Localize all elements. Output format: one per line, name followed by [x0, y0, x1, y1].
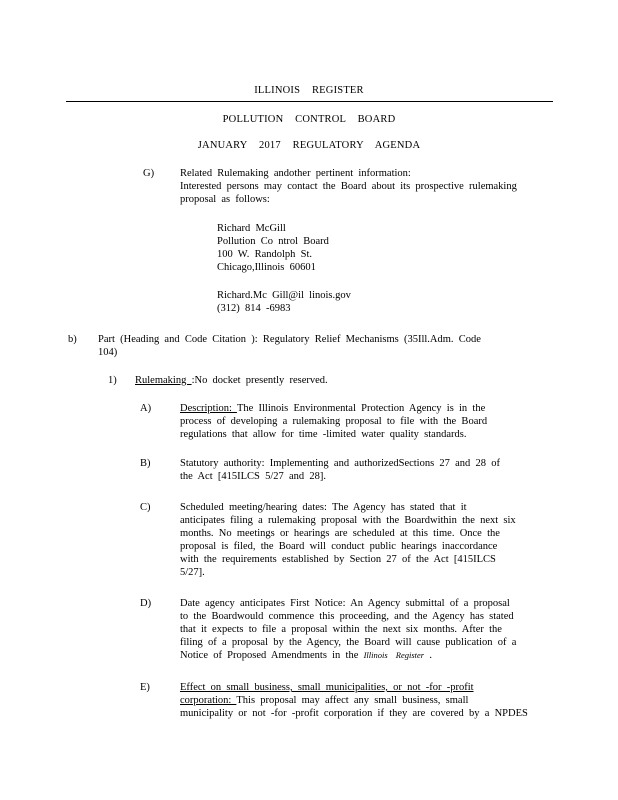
text-line: proposal as follows:: [180, 193, 537, 206]
text-line: Part (Heading and Code Citation ): Regul…: [98, 333, 550, 346]
rulemaking-text: :No docket presently reserved.: [192, 375, 328, 386]
item-a-content: Description: The Illinois Environmental …: [180, 402, 542, 441]
text-line: that it expects to file a proposal withi…: [180, 623, 542, 636]
header-rule: [66, 101, 553, 102]
text-line: Interested persons may contact the Board…: [180, 180, 537, 193]
text-line: months. No meetings or hearings are sche…: [180, 527, 542, 540]
item-b-label: b): [68, 333, 98, 346]
item-c-label: C): [140, 501, 180, 514]
text-line: proposal is filed, the Board will conduc…: [180, 540, 542, 553]
item-b: b) Part (Heading and Code Citation ): Re…: [68, 333, 618, 359]
item-b-statutory-label: B): [140, 457, 180, 470]
item-b-statutory-content: Statutory authority: Implementing and au…: [180, 457, 542, 483]
notice-text-end: .: [424, 650, 432, 661]
item-e: E) Effect on small business, small munic…: [140, 681, 618, 720]
text-line: 104): [98, 346, 550, 359]
item-b-content: Part (Heading and Code Citation ): Regul…: [98, 333, 550, 359]
item-e-label: E): [140, 681, 180, 694]
effect-heading-line1: Effect on small business, small municipa…: [180, 682, 474, 693]
contact-city: Chicago,Illinois 60601: [217, 261, 537, 274]
effect-text: This proposal may affect any small busin…: [236, 695, 468, 706]
contact-phone: (312) 814 -6983: [217, 302, 537, 315]
text-line: Description: The Illinois Environmental …: [180, 402, 542, 415]
item-g-content: Related Rulemaking andother pertinent in…: [180, 167, 537, 315]
item-g: G) Related Rulemaking andother pertinent…: [143, 167, 618, 315]
register-title: ILLINOIS REGISTER: [0, 84, 618, 97]
text-line: Related Rulemaking andother pertinent in…: [180, 167, 537, 180]
item-d: D) Date agency anticipates First Notice:…: [140, 597, 618, 662]
item-1-content: Rulemaking :No docket presently reserved…: [135, 374, 535, 387]
text-line: process of developing a rulemaking propo…: [180, 415, 542, 428]
item-e-content: Effect on small business, small municipa…: [180, 681, 542, 720]
item-a-label: A): [140, 402, 180, 415]
text-line: Rulemaking :No docket presently reserved…: [135, 374, 535, 387]
text-line: Scheduled meeting/hearing dates: The Age…: [180, 501, 542, 514]
agenda-title: JANUARY 2017 REGULATORY AGENDA: [0, 139, 618, 152]
text-line: with the requirements established by Sec…: [180, 553, 542, 566]
item-c-content: Scheduled meeting/hearing dates: The Age…: [180, 501, 542, 579]
board-title: POLLUTION CONTROL BOARD: [0, 113, 618, 126]
description-text: The Illinois Environmental Protection Ag…: [237, 403, 485, 414]
item-1: 1) Rulemaking :No docket presently reser…: [108, 374, 618, 387]
text-line: Effect on small business, small municipa…: [180, 681, 542, 694]
text-line: Statutory authority: Implementing and au…: [180, 457, 542, 470]
contact-street: 100 W. Randolph St.: [217, 248, 537, 261]
contact-block-2: Richard.Mc Gill@il linois.gov (312) 814 …: [217, 289, 537, 315]
contact-name: Richard McGill: [217, 222, 537, 235]
item-d-label: D): [140, 597, 180, 610]
notice-text: Notice of Proposed Amendments in the: [180, 650, 364, 661]
text-line: regulations that allow for time -limited…: [180, 428, 542, 441]
contact-org: Pollution Co ntrol Board: [217, 235, 537, 248]
text-line: 5/27].: [180, 566, 542, 579]
item-g-label: G): [143, 167, 180, 180]
item-c: C) Scheduled meeting/hearing dates: The …: [140, 501, 618, 579]
document-page: ILLINOIS REGISTER POLLUTION CONTROL BOAR…: [0, 0, 618, 800]
item-d-content: Date agency anticipates First Notice: An…: [180, 597, 542, 662]
item-1-label: 1): [108, 374, 135, 387]
description-heading: Description:: [180, 403, 237, 414]
text-line: filing of a proposal by the Agency, the …: [180, 636, 542, 649]
text-line: the Act [415ILCS 5/27 and 28].: [180, 470, 542, 483]
contact-email: Richard.Mc Gill@il linois.gov: [217, 289, 537, 302]
text-line: to the Boardwould commence this proceedi…: [180, 610, 542, 623]
text-line: Date agency anticipates First Notice: An…: [180, 597, 542, 610]
item-a: A) Description: The Illinois Environment…: [140, 402, 618, 441]
illinois-register-cite: Illinois Register: [364, 650, 425, 660]
effect-heading-line2: corporation:: [180, 695, 236, 706]
item-b-statutory: B) Statutory authority: Implementing and…: [140, 457, 618, 483]
text-line: Notice of Proposed Amendments in the Ill…: [180, 649, 542, 662]
text-line: corporation: This proposal may affect an…: [180, 694, 542, 707]
contact-block: Richard McGill Pollution Co ntrol Board …: [217, 222, 537, 274]
rulemaking-heading: Rulemaking: [135, 375, 192, 386]
text-line: municipality or not -for -profit corpora…: [180, 707, 542, 720]
text-line: anticipates filing a rulemaking proposal…: [180, 514, 542, 527]
